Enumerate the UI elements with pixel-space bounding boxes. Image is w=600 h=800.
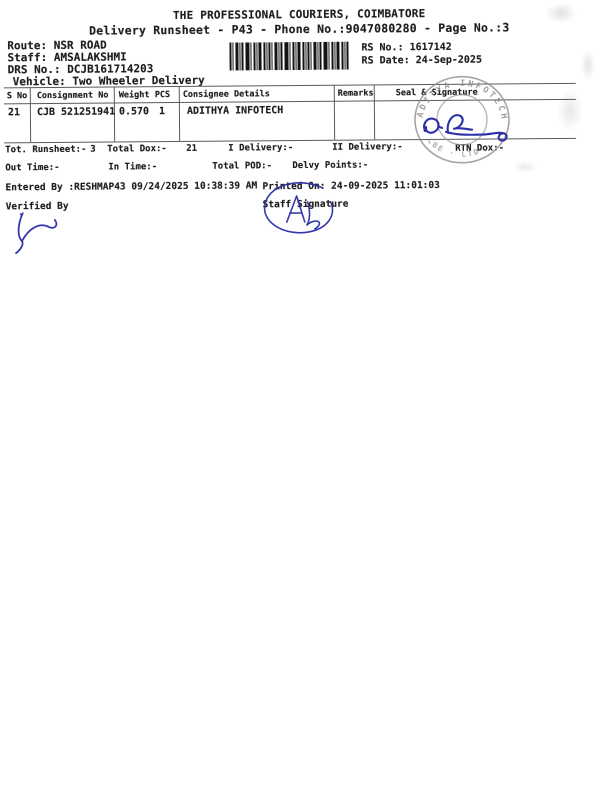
table-col-divider <box>374 84 375 139</box>
entered-by-line: Entered By :RESHMAP43 09/24/2025 10:38:3… <box>5 180 257 193</box>
barcode-bar <box>297 42 300 70</box>
svg-text:· CBE · LTD ·: · CBE · LTD · <box>419 126 493 159</box>
table-col-divider <box>179 86 180 141</box>
barcode-bar <box>292 42 294 70</box>
rs-date-line: RS Date: 24-Sep-2025 <box>361 55 482 67</box>
in-time-label: In Time:- <box>108 162 157 172</box>
barcode-bar <box>328 42 329 70</box>
barcode-bar <box>319 42 321 70</box>
verified-by-signature-ink <box>13 208 85 255</box>
barcode-bar <box>235 42 238 70</box>
delvy-points-label: Delvy Points:- <box>292 160 368 171</box>
barcode-bar <box>341 42 343 70</box>
rs-no-label: RS No.: <box>361 42 403 53</box>
rs-no-line: RS No.: 1617142 <box>361 42 451 54</box>
svg-text:ADITYA INFOTECH: ADITYA INFOTECH <box>415 78 509 122</box>
col-header-weight: Weight <box>119 90 150 100</box>
total-runsheet-value: 3 <box>90 145 96 155</box>
delivery1-label: I Delivery:- <box>228 143 293 154</box>
seal-stamp: ADITYA INFOTECH · CBE · LTD · <box>408 74 559 167</box>
out-time-label: Out Time:- <box>5 163 59 173</box>
delivery2-label: II Delivery:- <box>332 142 403 153</box>
barcode-bar <box>307 42 309 70</box>
barcode-bar <box>310 42 311 70</box>
col-header-consignee: Consignee Details <box>183 89 270 100</box>
barcode <box>229 42 357 71</box>
barcode-bar <box>245 42 249 70</box>
cell-consignee: ADITHYA INFOTECH <box>187 105 283 117</box>
total-runsheet-label: Tot. Runsheet:- <box>5 145 86 156</box>
col-header-consignment: Consignment No <box>37 91 109 102</box>
barcode-bar <box>250 42 251 70</box>
barcode-bar <box>232 43 233 71</box>
barcode-bar <box>271 42 272 70</box>
col-header-sno: S No <box>7 91 28 101</box>
barcode-bar <box>253 42 255 70</box>
barcode-bar <box>280 42 282 70</box>
col-header-remarks: Remarks <box>338 88 374 98</box>
barcode-bar <box>258 42 261 70</box>
barcode-bar <box>263 42 265 70</box>
barcode-bar <box>241 42 243 70</box>
barcode-bar <box>336 42 339 70</box>
col-header-pcs: PCS <box>155 90 170 100</box>
barcode-bar <box>284 42 288 70</box>
barcode-bar <box>229 43 231 71</box>
barcode-bar <box>289 42 290 70</box>
barcode-bar <box>313 42 316 70</box>
table-col-divider <box>334 85 335 140</box>
total-dox-value: 21 <box>186 144 197 154</box>
total-pod-label: Total POD:- <box>212 161 272 171</box>
barcode-bar <box>323 42 327 70</box>
table-col-divider <box>30 87 31 142</box>
barcode-bar <box>302 42 304 70</box>
cell-sno: 21 <box>8 107 20 118</box>
rs-date-label: RS Date: <box>361 55 409 66</box>
barcode-bar <box>331 42 333 70</box>
rs-date-value: 24-Sep-2025 <box>416 55 482 67</box>
barcode-bar <box>268 42 270 70</box>
barcode-bar <box>239 42 240 70</box>
stamp-arc-bottom-text: · CBE · LTD · <box>419 126 493 159</box>
rs-no-value: 1617142 <box>410 42 452 53</box>
total-dox-label: Total Dox:- <box>107 144 167 154</box>
stamp-arc-top-text: ADITYA INFOTECH <box>415 78 509 122</box>
cell-pcs: 1 <box>159 106 165 117</box>
staff-signature-ink <box>256 180 340 239</box>
barcode-bar <box>346 42 348 70</box>
barcode-bar <box>274 42 277 70</box>
cell-consignment: CJB 521251941 <box>37 106 115 118</box>
runsheet-document: THE PROFESSIONAL COURIERS, COIMBATORE De… <box>0 0 600 800</box>
cell-weight: 0.570 <box>119 106 149 117</box>
